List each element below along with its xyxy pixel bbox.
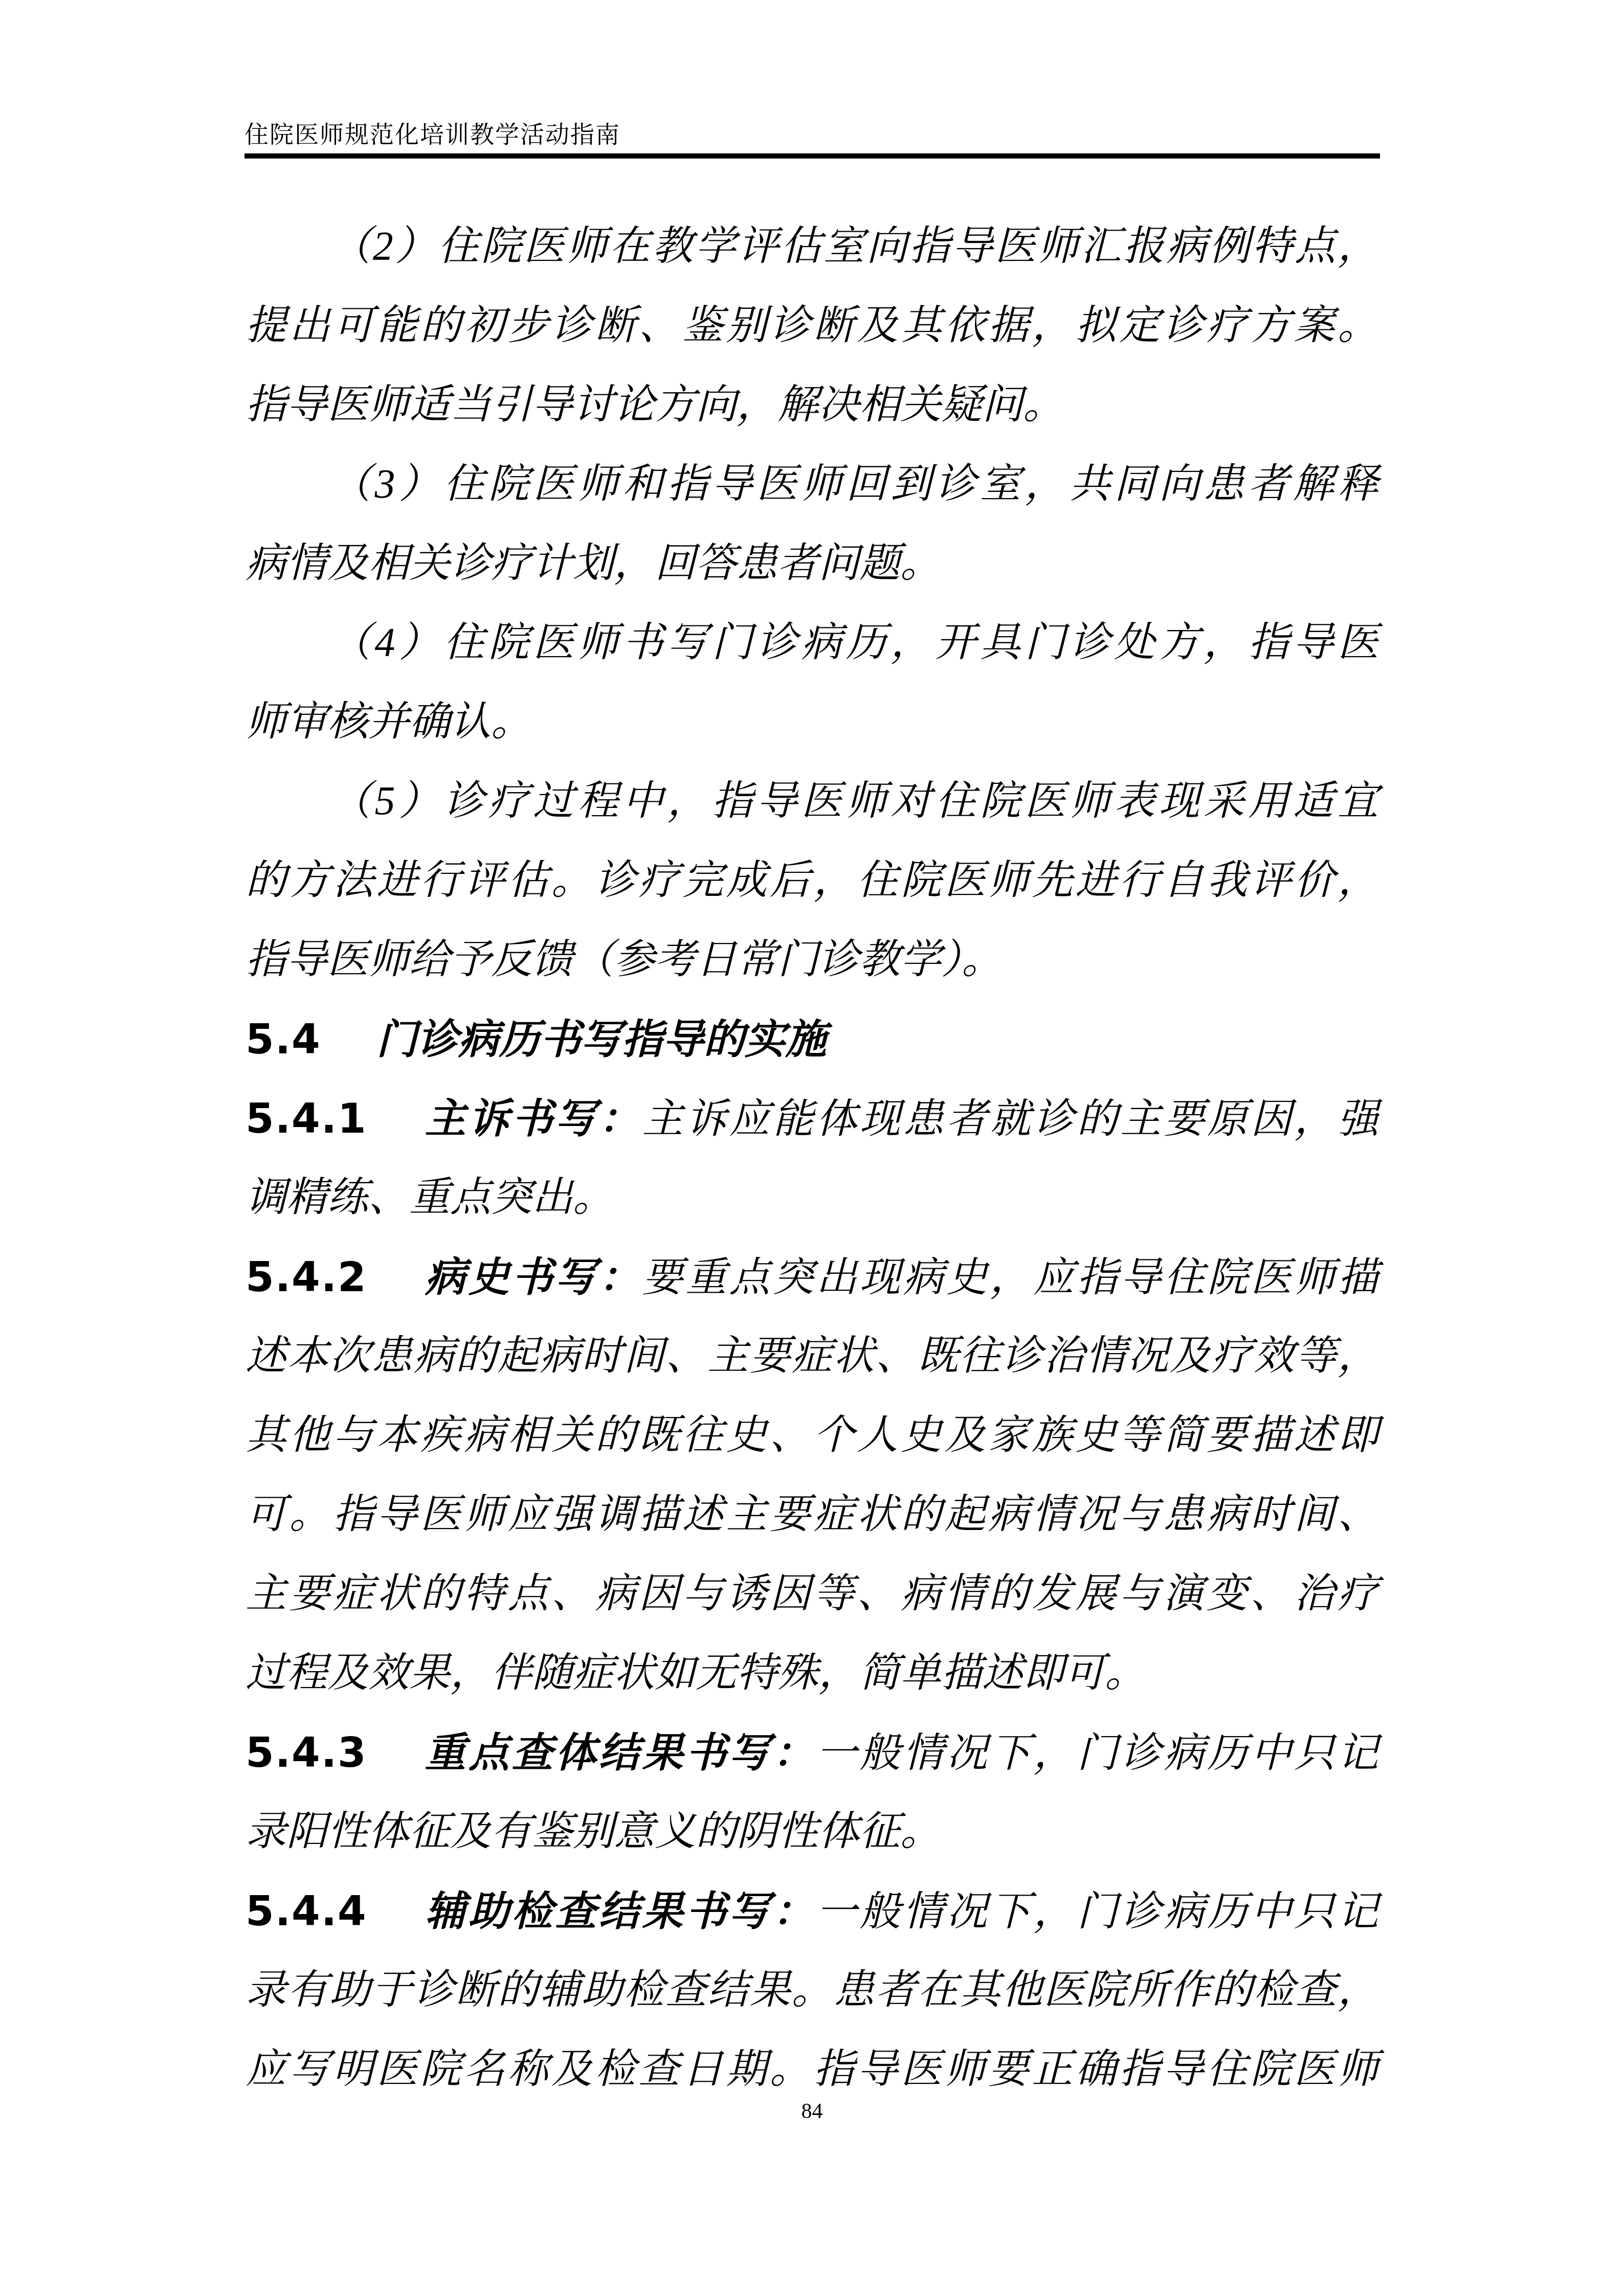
text-line: （5）诊疗过程中，指导医师对住院医师表现采用适宜 xyxy=(246,762,1378,841)
section-number: 5.4.2 xyxy=(246,1253,367,1301)
document-root: { "colors": { "text": "#000000", "backgr… xyxy=(0,0,1624,2296)
section-heading-line: 5.4.2病史书写：要重点突出现病史，应指导住院医师描 xyxy=(246,1237,1378,1317)
text-line: 过程及效果，伴随症状如无特殊，简单描述即可。 xyxy=(246,1634,1378,1713)
text-segment: 要重点突出现病史，应指导住院医师描 xyxy=(642,1255,1378,1300)
text-line: （4）住院医师书写门诊病历，开具门诊处方，指导医 xyxy=(246,603,1378,683)
text-segment: 录阳性体征及有鉴别意义的阴性体征。 xyxy=(246,1809,941,1854)
text-line: 主要症状的特点、病因与诱因等、病情的发展与演变、治疗 xyxy=(246,1555,1378,1634)
text-line: 调精练、重点突出。 xyxy=(246,1158,1378,1237)
text-segment: 提出可能的初步诊断、鉴别诊断及其依据，拟定诊疗方案。 xyxy=(246,303,1378,348)
text-segment: 调精练、重点突出。 xyxy=(246,1175,614,1220)
text-segment: 一般情况下，门诊病历中只记 xyxy=(816,1889,1378,1934)
text-segment: 病情及相关诊疗计划，回答患者问题。 xyxy=(246,541,941,586)
text-segment: （3）住院医师和指导医师回到诊室，共同向患者解释 xyxy=(330,462,1378,507)
page-header-title: 住院医师规范化培训教学活动指南 xyxy=(244,116,620,150)
text-line: 师审核并确认。 xyxy=(246,683,1378,762)
section-number: 5.4.3 xyxy=(246,1729,367,1776)
text-segment: 主诉应能体现患者就诊的主要原因，强 xyxy=(642,1097,1378,1142)
section-number: 5.4 xyxy=(246,1016,321,1063)
text-segment: （5）诊疗过程中，指导医师对住院医师表现采用适宜 xyxy=(330,779,1378,824)
text-line: 指导医师给予反馈（参考日常门诊教学）。 xyxy=(246,920,1378,1000)
text-line: 录阳性体征及有鉴别意义的阴性体征。 xyxy=(246,1792,1378,1872)
section-heading-line: 5.4.4辅助检查结果书写：一般情况下，门诊病历中只记 xyxy=(246,1872,1378,1951)
text-segment: 述本次患病的起病时间、主要症状、既往诊治情况及疗效等， xyxy=(246,1334,1378,1379)
text-line: 提出可能的初步诊断、鉴别诊断及其依据，拟定诊疗方案。 xyxy=(246,286,1378,366)
section-heading-line: 5.4.1主诉书写：主诉应能体现患者就诊的主要原因，强 xyxy=(246,1079,1378,1158)
text-line: 述本次患病的起病时间、主要症状、既往诊治情况及疗效等， xyxy=(246,1317,1378,1396)
section-number: 5.4.4 xyxy=(246,1887,367,1935)
document-page: 住院医师规范化培训教学活动指南 （2）住院医师在教学评估室向指导医师汇报病例特点… xyxy=(0,0,1624,2296)
text-segment: （4）住院医师书写门诊病历，开具门诊处方，指导医 xyxy=(330,620,1378,665)
text-line: （3）住院医师和指导医师回到诊室，共同向患者解释 xyxy=(246,445,1378,524)
text-segment: 重点查体结果书写： xyxy=(422,1731,816,1776)
text-segment: 师审核并确认。 xyxy=(246,700,532,745)
text-segment: 主要症状的特点、病因与诱因等、病情的发展与演变、治疗 xyxy=(246,1571,1378,1616)
text-line: 可。指导医师应强调描述主要症状的起病情况与患病时间、 xyxy=(246,1475,1378,1555)
text-segment: 一般情况下，门诊病历中只记 xyxy=(816,1731,1378,1776)
text-segment: 录有助于诊断的辅助检查结果。患者在其他医院所作的检查， xyxy=(246,1968,1378,2013)
text-segment: 其他与本疾病相关的既往史、个人史及家族史等简要描述即 xyxy=(246,1413,1378,1458)
text-segment: 的方法进行评估。诊疗完成后，住院医师先进行自我评价， xyxy=(246,858,1378,903)
text-line: 病情及相关诊疗计划，回答患者问题。 xyxy=(246,524,1378,603)
text-line: 应写明医院名称及检查日期。指导医师要正确指导住院医师 xyxy=(246,2030,1378,2109)
text-line: 指导医师适当引导讨论方向，解决相关疑问。 xyxy=(246,366,1378,445)
section-heading-line: 5.4.3重点查体结果书写：一般情况下，门诊病历中只记 xyxy=(246,1713,1378,1792)
section-heading-line: 5.4门诊病历书写指导的实施 xyxy=(246,1000,1378,1079)
body-text: （2）住院医师在教学评估室向指导医师汇报病例特点，提出可能的初步诊断、鉴别诊断及… xyxy=(246,207,1378,2109)
text-segment: 可。指导医师应强调描述主要症状的起病情况与患病时间、 xyxy=(246,1492,1378,1537)
header-rule xyxy=(244,153,1380,159)
text-segment: 指导医师给予反馈（参考日常门诊教学）。 xyxy=(246,937,1003,982)
text-line: 其他与本疾病相关的既往史、个人史及家族史等简要描述即 xyxy=(246,1396,1378,1475)
text-line: 录有助于诊断的辅助检查结果。患者在其他医院所作的检查， xyxy=(246,1951,1378,2030)
text-line: 的方法进行评估。诊疗完成后，住院医师先进行自我评价， xyxy=(246,841,1378,920)
text-segment: 门诊病历书写指导的实施 xyxy=(376,1018,827,1063)
text-segment: 过程及效果，伴随症状如无特殊，简单描述即可。 xyxy=(246,1651,1146,1696)
text-segment: 指导医师适当引导讨论方向，解决相关疑问。 xyxy=(246,382,1064,427)
text-segment: 应写明医院名称及检查日期。指导医师要正确指导住院医师 xyxy=(246,2047,1378,2092)
page-number: 84 xyxy=(0,2099,1624,2124)
text-line: （2）住院医师在教学评估室向指导医师汇报病例特点， xyxy=(246,207,1378,286)
text-segment: 病史书写： xyxy=(422,1255,642,1300)
section-number: 5.4.1 xyxy=(246,1095,367,1142)
text-segment: （2）住院医师在教学评估室向指导医师汇报病例特点， xyxy=(330,224,1378,269)
text-segment: 主诉书写： xyxy=(422,1097,642,1142)
text-segment: 辅助检查结果书写： xyxy=(422,1889,816,1934)
